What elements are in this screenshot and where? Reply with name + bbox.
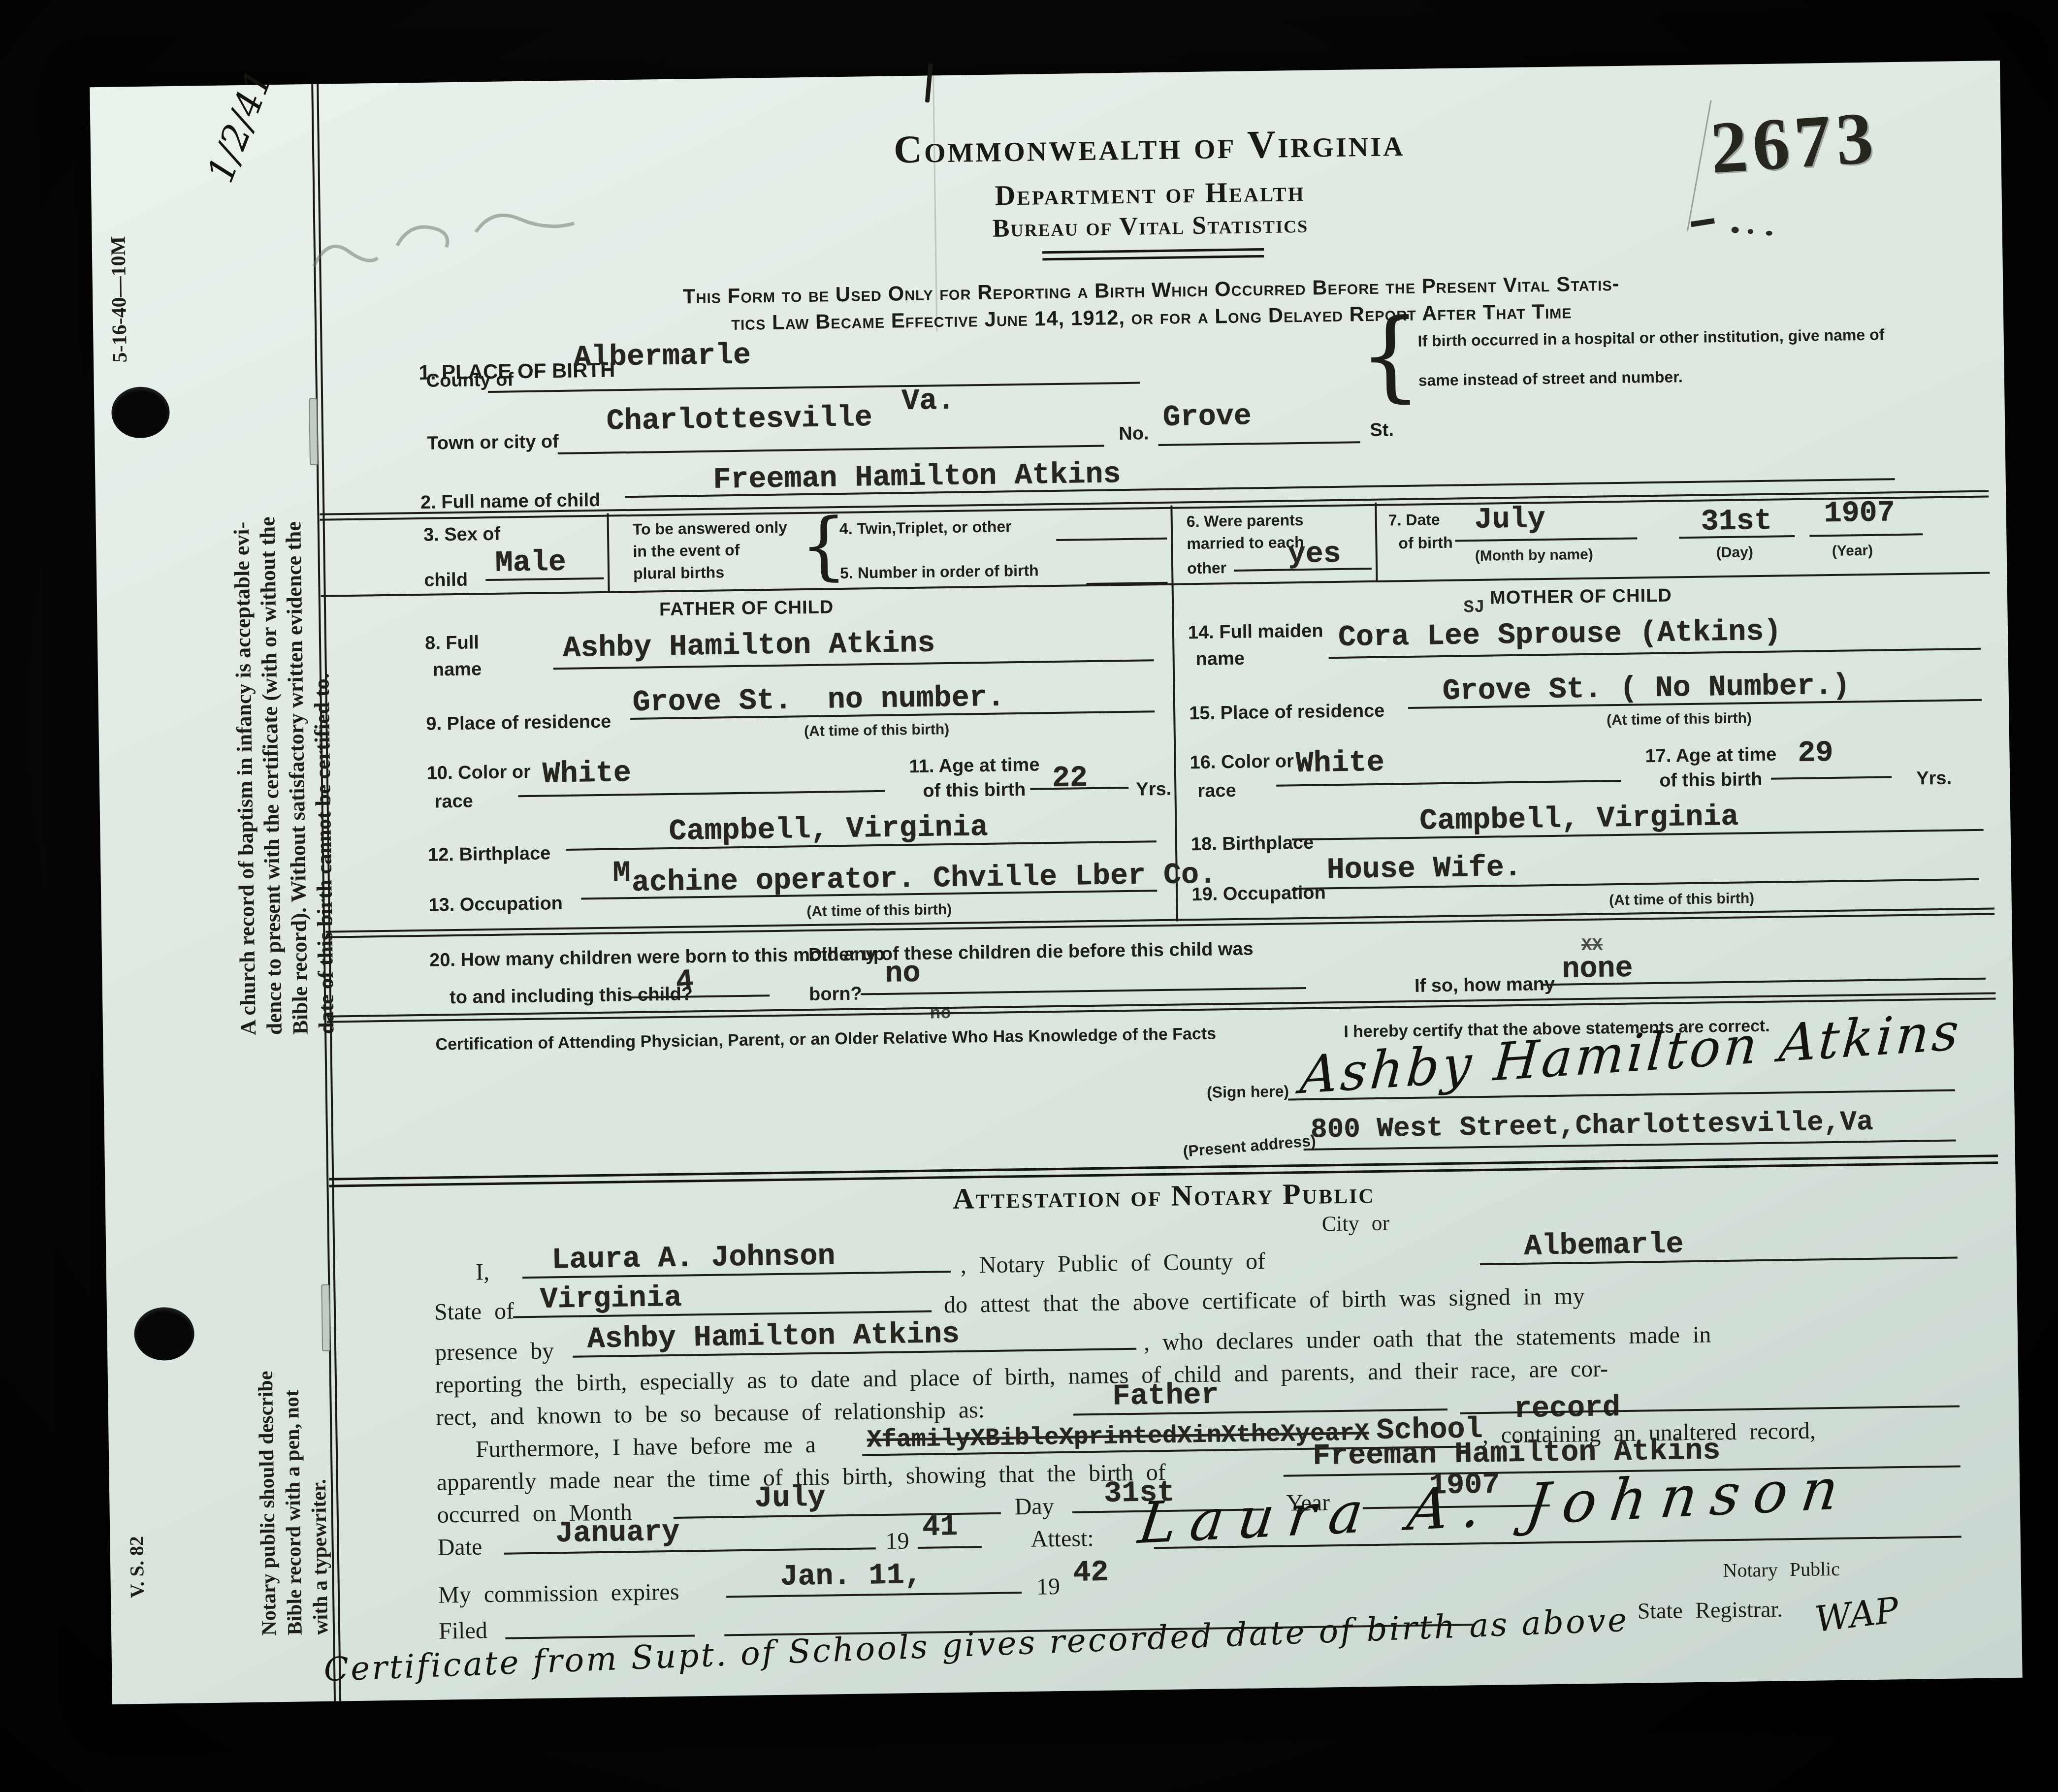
certificate-paper: 5-16-40—10M V. S. 82 A church record of … [90, 61, 2022, 1704]
hospital-note-line1: If birth occurred in a hospital or other… [1417, 325, 1884, 350]
hospital-note-brace: { [1358, 298, 1422, 414]
street-no-label: No. [1119, 423, 1149, 445]
attestation-state-value: Virginia [540, 1281, 682, 1317]
married-label-3: other [1187, 559, 1227, 577]
town-state-value: Va. [901, 384, 955, 419]
mother-race-line [1276, 780, 1621, 787]
mother-residence-label: 15. Place of residence [1189, 701, 1385, 725]
children-q3-value: none [1562, 952, 1633, 987]
mother-name-value: Cora Lee Sprouse (Atkins) [1338, 615, 1782, 655]
furthermore-text: Furthermore, I have before me a [476, 1431, 816, 1463]
attestation-body-line4: reporting the birth, especially as to da… [435, 1355, 1608, 1398]
mother-residence-caption: (At time of this birth) [1408, 707, 1950, 732]
sign-here-label: (Sign here) [1207, 1082, 1289, 1101]
certification-left-heading: Certification of Attending Physician, Pa… [435, 1024, 1216, 1054]
children-q3-label: If so, how many [1415, 974, 1555, 997]
town-line [558, 445, 1104, 454]
hospital-note-line2: same instead of street and number. [1418, 368, 1683, 389]
plural-note-1: To be answered only [633, 518, 788, 539]
ink-tick-mark [925, 63, 933, 102]
mother-race-value: White [1295, 746, 1384, 781]
serial-number-stamp: 2673 [1708, 95, 1881, 191]
attest-label: Attest: [1030, 1525, 1094, 1553]
children-q2-value: no [885, 957, 921, 991]
county-value: Albermarle [574, 339, 751, 375]
father-age-unit: Yrs. [1136, 779, 1171, 800]
state-registrar-label: State Registrar. [1637, 1596, 1783, 1624]
father-birthplace-label: 12. Birthplace [428, 843, 551, 865]
children-q1-value: 4 [675, 964, 695, 999]
commission-year-value: 42 [1073, 1556, 1109, 1590]
father-name-value: Ashby Hamilton Atkins [563, 627, 935, 666]
mother-age-line [1771, 776, 1892, 779]
sex-label-2: child [424, 570, 468, 591]
street-st-label: St. [1370, 419, 1394, 441]
mother-age-label-1: 17. Age at time [1645, 744, 1776, 768]
date-year-value: 41 [922, 1510, 958, 1544]
birth-year-value: 1907 [1824, 496, 1895, 531]
birth-day-value: 31st [1701, 505, 1772, 539]
mother-occupation-caption: (At time of this birth) [1411, 888, 1952, 912]
ink-dot-3 [1766, 231, 1772, 236]
present-address-value: 800 West Street,Charlottesville,Va [1311, 1106, 1873, 1146]
twin-label: 4. Twin,Triplet, or other [839, 517, 1012, 538]
mother-name-note: SJ [1463, 597, 1485, 618]
mother-age-label-2: of this birth [1659, 769, 1763, 792]
children-q2-line [861, 987, 1306, 995]
margin-note-notary: Notary public should describe Bible reco… [250, 1162, 334, 1636]
mother-name-label-1: 14. Full maiden [1188, 620, 1323, 643]
married-label-1: 6. Were parents [1187, 511, 1304, 531]
sex-label-1: 3. Sex of [423, 524, 501, 546]
filed-label: Filed [439, 1617, 487, 1644]
twin-line [1056, 538, 1167, 541]
father-age-label-2: of this birth [923, 779, 1026, 802]
notary-name-value: Laura A. Johnson [551, 1240, 836, 1277]
punch-hole-top [111, 386, 170, 439]
punch-hole-bottom [134, 1307, 194, 1361]
header-underline [1042, 248, 1264, 260]
commission-value: Jan. 11, [780, 1559, 922, 1594]
ink-dot-2 [1748, 229, 1753, 234]
form-code: 5-16-40—10M [105, 165, 132, 363]
birth-year-line [1809, 533, 1923, 537]
mother-race-label-1: 16. Color or [1190, 751, 1294, 773]
birth-month-caption: (Month by name) [1475, 546, 1593, 565]
date-printed-19: 19 [885, 1527, 909, 1555]
father-occupation-caption: (At time of this birth) [633, 899, 1125, 923]
father-race-value: White [542, 757, 631, 792]
handwritten-footnote: Certificate from Supt. of Schools gives … [323, 1601, 1629, 1689]
father-name-label-2: name [433, 659, 482, 680]
town-label: Town or city of [427, 431, 559, 454]
mother-name-label-2: name [1195, 648, 1245, 670]
father-age-value: 22 [1052, 762, 1088, 796]
mother-race-label-2: race [1197, 780, 1236, 802]
occurred-month-value: July [754, 1481, 826, 1516]
form-number: V. S. 82 [124, 1460, 149, 1599]
notary-of-text: , Notary Public of County of [960, 1248, 1265, 1279]
row3-right-divider [1375, 503, 1378, 581]
city-or-label: City or [1321, 1211, 1389, 1237]
date-label: Date [437, 1533, 482, 1561]
father-residence-caption: (At time of this birth) [630, 719, 1123, 742]
handwritten-initials: WAP [1813, 1589, 1901, 1640]
birth-day-caption: (Day) [1716, 544, 1753, 561]
father-occupation-label: 13. Occupation [428, 893, 563, 916]
county-label: County of [426, 369, 514, 391]
presence-by-label: presence by [435, 1337, 554, 1366]
attestation-county-value: Albemarle [1524, 1228, 1684, 1264]
street-line [1158, 441, 1360, 446]
date-year-line [918, 1546, 982, 1549]
birth-month-value: July [1474, 503, 1545, 537]
order-label: 5. Number in order of birth [840, 561, 1039, 582]
father-name-label-1: 8. Full [425, 632, 479, 654]
occurred-day-label: Day [1014, 1493, 1054, 1520]
father-race-label-2: race [434, 791, 473, 813]
plural-note-3: plural births [633, 563, 724, 583]
father-residence-label: 9. Place of residence [426, 711, 611, 735]
children-q2-line1: Did any of these children die before thi… [808, 938, 1254, 966]
street-value: Grove [1162, 400, 1252, 435]
date-month-value: January [555, 1516, 680, 1551]
scanned-birth-certificate: 5-16-40—10M V. S. 82 A church record of … [0, 0, 2058, 1792]
row3-left-divider [607, 513, 610, 592]
relationship-value: Father [1112, 1378, 1219, 1413]
sex-value: Male [495, 546, 566, 580]
children-q2-line2: born? [809, 984, 862, 1005]
state-of-label: State of [434, 1297, 514, 1325]
commission-printed-19: 19 [1036, 1573, 1061, 1600]
married-value: yes [1287, 538, 1341, 572]
birth-month-line [1455, 537, 1637, 542]
mother-section-title: MOTHER OF CHILD [1172, 580, 1990, 613]
attest-text: do attest that the above certificate of … [944, 1282, 1585, 1318]
attestation-i-label: I, [476, 1258, 490, 1285]
mother-occupation-value: House Wife. [1326, 851, 1522, 888]
birth-year-caption: (Year) [1832, 543, 1873, 560]
married-label-2: married to each [1187, 533, 1304, 553]
commission-label: My commission expires [438, 1578, 679, 1609]
plural-note-2: in the event of [633, 541, 740, 561]
mother-occupation-label: 19. Occupation [1191, 882, 1326, 905]
town-value: Charlottesville [606, 401, 872, 439]
father-race-line [518, 790, 885, 797]
mother-age-value: 29 [1798, 736, 1833, 770]
mother-age-unit: Yrs. [1916, 768, 1952, 790]
notary-public-label: Notary Public [1723, 1557, 1840, 1582]
section20-top-rule [325, 907, 1994, 938]
father-occupation-initial: M [612, 857, 631, 890]
county-line [488, 382, 1140, 393]
date-of-birth-label-2: of birth [1398, 534, 1453, 553]
father-race-label-1: 10. Color or [426, 762, 531, 784]
father-section-title: FATHER OF CHILD [321, 592, 1172, 625]
informant-signature: Ashby Hamilton Atkins [1298, 1001, 1964, 1106]
father-age-label-1: 11. Age at time [909, 754, 1039, 777]
mother-birthplace-label: 18. Birthplace [1191, 832, 1314, 855]
declares-text: , who declares under oath that the state… [1144, 1321, 1711, 1356]
present-address-label: (Present address) [1182, 1131, 1316, 1160]
date-of-birth-label-1: 7. Date [1388, 511, 1440, 529]
